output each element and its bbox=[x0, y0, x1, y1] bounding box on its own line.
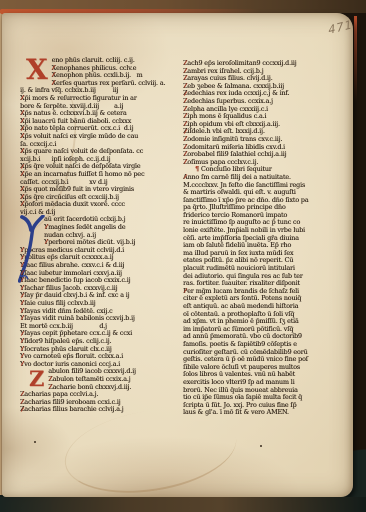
book-page: 471 X eno phūs claruit. ccliij. c.ij.Xen… bbox=[2, 13, 353, 497]
rubric-tick: Y bbox=[44, 239, 48, 247]
rubric-tick: X bbox=[20, 171, 24, 179]
text-line: Yvo doctor iuris canonici cccj.a.i bbox=[20, 361, 184, 369]
left-text-column: X eno phūs claruit. ccliij. c.ij.Xenopha… bbox=[20, 57, 184, 414]
index-lines-z: abulon fili9 iacob cxxxvij.d.ijZabulon t… bbox=[20, 368, 184, 414]
rubric-tick: P bbox=[183, 288, 187, 296]
ink-speck bbox=[34, 441, 36, 443]
colophon: Anno ſm carnē filij dei a natiuitate.M.c… bbox=[183, 174, 351, 417]
right-text-column: Zach9 ep̄s ieroſolimitan9 cccxxij.d.iijZ… bbox=[183, 60, 351, 417]
index-section-z: Z abulon fili9 iacob cxxxvij.d.ijZabulon… bbox=[20, 368, 184, 414]
index-section-y: aū erit ſacerdotiū cclxij.b.jYmagines ſe… bbox=[20, 216, 184, 368]
rubric-tick: Y bbox=[20, 361, 24, 369]
red-stained-edge-right bbox=[354, 16, 357, 102]
rubric-tick: Z bbox=[20, 406, 24, 414]
rubric-tick: Z bbox=[183, 159, 187, 167]
rubric-tick: X bbox=[20, 133, 24, 141]
rubric-tick: Y bbox=[44, 224, 48, 232]
rubric-tick: A bbox=[183, 174, 187, 182]
rubric-tick: X bbox=[52, 80, 56, 88]
book-board-bottom-edge bbox=[0, 497, 366, 512]
lombard-initial-x: X bbox=[26, 58, 48, 81]
book-photo: 471 X eno phūs claruit. ccliij. c.ij.Xen… bbox=[0, 0, 366, 512]
lombard-initial-z: Z bbox=[29, 369, 44, 389]
ink-speck bbox=[260, 445, 262, 447]
rubric-tick: X bbox=[20, 201, 24, 209]
index-lines-y: aū erit ſacerdotiū cclxij.b.jYmagines ſe… bbox=[20, 216, 184, 368]
rubric-tick: Y bbox=[20, 315, 24, 323]
text-line: Ymagines ſedēt angelis de bbox=[20, 224, 184, 232]
rubric-tick: X bbox=[20, 148, 24, 156]
index-lines-z-continued: Zach9 ep̄s ieroſolimitan9 cccxxij.d.iijZ… bbox=[183, 60, 351, 166]
text-line: laus & gl'a. ī mō ſit & vero AMEN. bbox=[183, 409, 351, 417]
text-line: Zacharias filius barachie cclvij.a.j bbox=[20, 406, 184, 414]
rubric-tick: Z bbox=[48, 384, 52, 392]
index-section-x: X eno phūs claruit. ccliij. c.ij.Xenopha… bbox=[20, 57, 184, 216]
folio-number-handwritten: 471 bbox=[327, 17, 353, 37]
rubric-tick: X bbox=[20, 95, 24, 103]
